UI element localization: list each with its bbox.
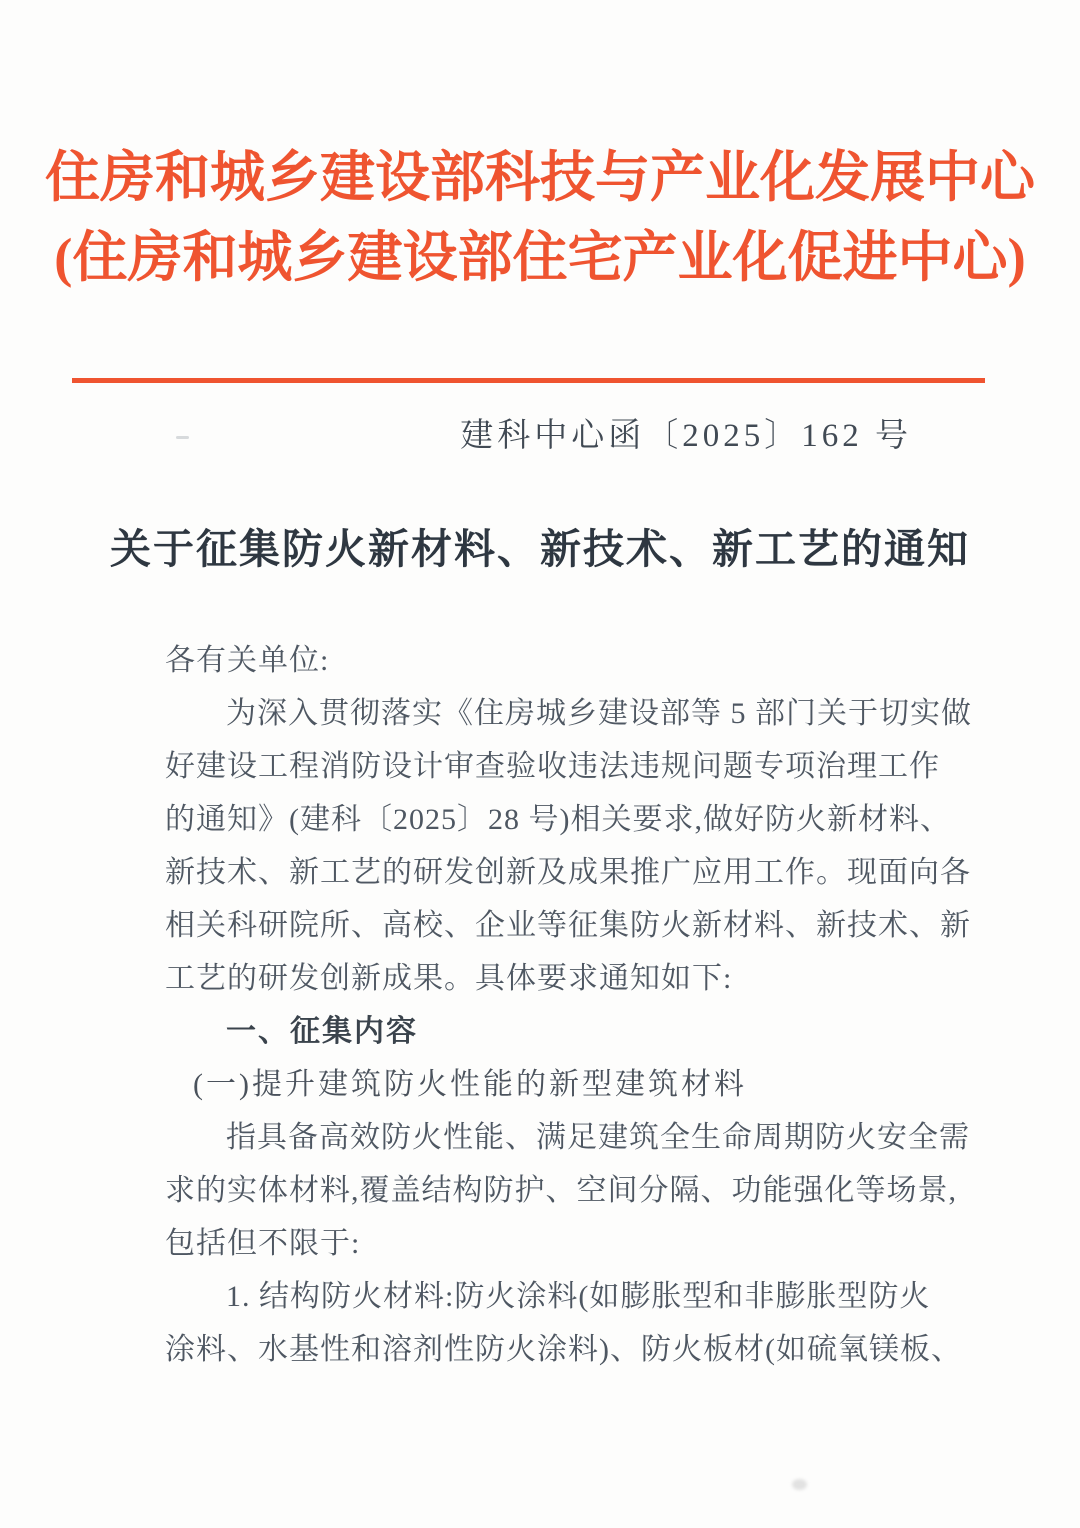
body-line-text: 一、征集内容 bbox=[226, 1015, 418, 1048]
body-line: 的通知》(建科〔2025〕28 号)相关要求,做好防火新材料、 bbox=[165, 793, 940, 846]
body-line-text: 好建设工程消防设计审查验收违法违规问题专项治理工作 bbox=[165, 750, 940, 783]
document-number: 建科中心函〔2025〕162 号 bbox=[460, 417, 912, 455]
body-line: 一、征集内容 bbox=[165, 1005, 940, 1058]
body-line: 涂料、水基性和溶剂性防火涂料)、防火板材(如硫氧镁板、 bbox=[165, 1323, 940, 1376]
document-title: 关于征集防火新材料、新技术、新工艺的通知 bbox=[0, 524, 1080, 574]
body-line: 包括但不限于: bbox=[165, 1217, 940, 1270]
body-line: 为深入贯彻落实《住房城乡建设部等 5 部门关于切实做 bbox=[165, 687, 940, 740]
body-line: 好建设工程消防设计审查验收违法违规问题专项治理工作 bbox=[165, 740, 940, 793]
body-line: 1. 结构防火材料:防火涂料(如膨胀型和非膨胀型防火 bbox=[165, 1270, 940, 1323]
body-lines: 各有关单位: 为深入贯彻落实《住房城乡建设部等 5 部门关于切实做 好建设工程消… bbox=[165, 634, 940, 1376]
letterhead-line-2: (住房和城乡建设部住宅产业化促进中心) bbox=[0, 218, 1080, 298]
scanned-document-page: 住房和城乡建设部科技与产业化发展中心 (住房和城乡建设部住宅产业化促进中心) 建… bbox=[0, 0, 1080, 1528]
body-line: 相关科研院所、高校、企业等征集防火新材料、新技术、新 bbox=[165, 899, 940, 952]
body-line-text: (一)提升建筑防火性能的新型建筑材料 bbox=[193, 1068, 747, 1101]
letterhead: 住房和城乡建设部科技与产业化发展中心 (住房和城乡建设部住宅产业化促进中心) bbox=[0, 138, 1080, 298]
body-line-text: 1. 结构防火材料:防火涂料(如膨胀型和非膨胀型防火 bbox=[226, 1280, 930, 1313]
body-line: (一)提升建筑防火性能的新型建筑材料 bbox=[165, 1058, 940, 1111]
body-line: 工艺的研发创新成果。具体要求通知如下: bbox=[165, 952, 940, 1005]
body-line-text: 包括但不限于: bbox=[165, 1227, 360, 1260]
scan-artifact-smudge bbox=[792, 1479, 807, 1490]
body-line: 各有关单位: bbox=[165, 634, 940, 687]
letterhead-divider-rule bbox=[72, 378, 985, 383]
body-line-text: 指具备高效防火性能、满足建筑全生命周期防火安全需 bbox=[226, 1121, 970, 1154]
body-line-text: 涂料、水基性和溶剂性防火涂料)、防火板材(如硫氧镁板、 bbox=[165, 1333, 962, 1366]
body-line-text: 工艺的研发创新成果。具体要求通知如下: bbox=[165, 962, 732, 995]
body-line-text: 新技术、新工艺的研发创新及成果推广应用工作。现面向各 bbox=[165, 856, 971, 889]
body-line-text: 相关科研院所、高校、企业等征集防火新材料、新技术、新 bbox=[165, 909, 971, 942]
letterhead-line-1: 住房和城乡建设部科技与产业化发展中心 bbox=[0, 138, 1080, 218]
body-line: 指具备高效防火性能、满足建筑全生命周期防火安全需 bbox=[165, 1111, 940, 1164]
body-line-text: 为深入贯彻落实《住房城乡建设部等 5 部门关于切实做 bbox=[226, 697, 972, 730]
body-line: 求的实体材料,覆盖结构防护、空间分隔、功能强化等场景, bbox=[165, 1164, 940, 1217]
scan-artifact-dash bbox=[176, 436, 189, 439]
body-line-text: 求的实体材料,覆盖结构防护、空间分隔、功能强化等场景, bbox=[165, 1174, 957, 1207]
body-line-text: 各有关单位: bbox=[165, 644, 329, 677]
body-line: 新技术、新工艺的研发创新及成果推广应用工作。现面向各 bbox=[165, 846, 940, 899]
body-line-text: 的通知》(建科〔2025〕28 号)相关要求,做好防火新材料、 bbox=[165, 803, 951, 836]
